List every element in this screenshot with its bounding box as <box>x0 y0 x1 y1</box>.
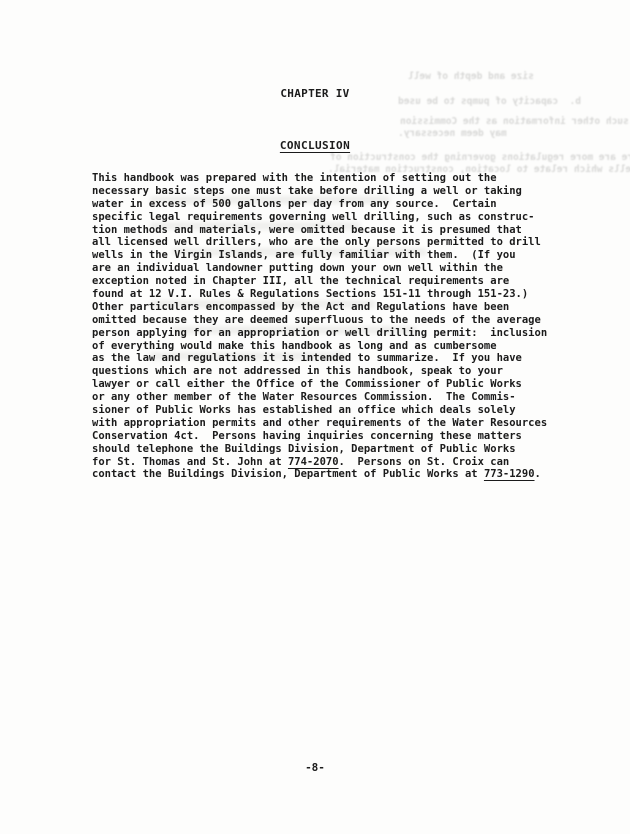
section-heading-text: CONCLUSION <box>280 139 350 152</box>
phone-number: 774-2070 <box>288 456 339 468</box>
bleedthrough-text: such other information as the Commission <box>400 116 629 127</box>
body-line: water in excess of 500 gallons per day f… <box>92 198 592 211</box>
body-line: This handbook was prepared with the inte… <box>92 172 592 185</box>
body-line: specific legal requirements governing we… <box>92 211 592 224</box>
chapter-heading: CHAPTER IV <box>0 87 630 100</box>
body-line: contact the Buildings Division, Departme… <box>92 468 592 481</box>
scanned-document-page: size and depth of wellb. capacity of pum… <box>0 0 630 834</box>
body-text-segment: contact the Buildings Division, Departme… <box>92 468 484 480</box>
body-line: all licensed well drillers, who are the … <box>92 236 592 249</box>
body-line: Conservation 4ct. Persons having inquiri… <box>92 430 592 443</box>
body-paragraph: This handbook was prepared with the inte… <box>92 172 592 481</box>
body-line: of everything would make this handbook a… <box>92 340 592 353</box>
body-line: are an individual landowner putting down… <box>92 262 592 275</box>
page-number: -8- <box>0 761 630 774</box>
body-line: for St. Thomas and St. John at 774-2070.… <box>92 456 592 469</box>
body-text-segment: . <box>535 468 541 480</box>
body-line: or any other member of the Water Resourc… <box>92 391 592 404</box>
body-line: with appropriation permits and other req… <box>92 417 592 430</box>
body-line: lawyer or call either the Office of the … <box>92 378 592 391</box>
bleedthrough-text: may deem necessary. <box>398 128 507 139</box>
body-line: as the law and regulations it is intende… <box>92 352 592 365</box>
body-line: exception noted in Chapter III, all the … <box>92 275 592 288</box>
phone-number: 773-1290 <box>484 468 535 480</box>
body-text-segment: for St. Thomas and St. John at <box>92 456 288 468</box>
bleedthrough-text: size and depth of well <box>408 71 534 82</box>
body-line: wells in the Virgin Islands, are fully f… <box>92 249 592 262</box>
body-line: should telephone the Buildings Division,… <box>92 443 592 456</box>
body-line: necessary basic steps one must take befo… <box>92 185 592 198</box>
body-line: questions which are not addressed in thi… <box>92 365 592 378</box>
bleedthrough-text: There are more regulations governing the… <box>330 152 630 163</box>
body-line: person applying for an appropriation or … <box>92 327 592 340</box>
body-line: Other particulars encompassed by the Act… <box>92 301 592 314</box>
body-text-segment: . Persons on St. Croix can <box>339 456 510 468</box>
body-line: omitted because they are deemed superflu… <box>92 314 592 327</box>
section-heading: CONCLUSION <box>0 139 630 152</box>
body-line: sioner of Public Works has established a… <box>92 404 592 417</box>
body-line: found at 12 V.I. Rules & Regulations Sec… <box>92 288 592 301</box>
body-line: tion methods and materials, were omitted… <box>92 224 592 237</box>
